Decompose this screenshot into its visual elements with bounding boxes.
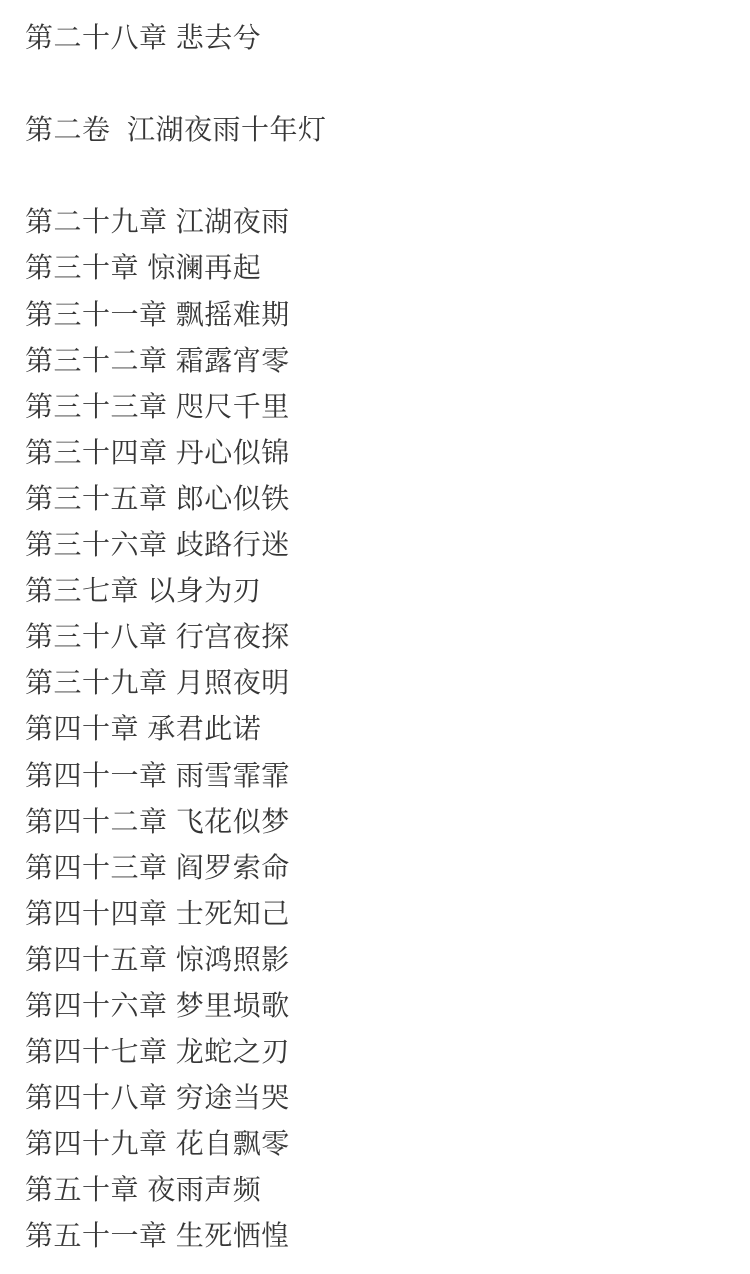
chapter-line: 第四十七章 龙蛇之刃 (25, 1029, 730, 1075)
chapter-line: 第四十八章 穷途当哭 (25, 1075, 730, 1121)
blank-line (25, 153, 730, 199)
chapter-line: 第四十一章 雨雪霏霏 (25, 753, 730, 799)
chapter-line: 第四十九章 花自飘零 (25, 1121, 730, 1167)
chapter-line: 第三十九章 月照夜明 (25, 660, 730, 706)
chapter-line: 第四十四章 士死知己 (25, 891, 730, 937)
chapter-line: 第五十一章 生死恓惶 (25, 1213, 730, 1259)
chapter-line: 第二十九章 江湖夜雨 (25, 199, 730, 245)
chapter-line: 第三十五章 郎心似铁 (25, 476, 730, 522)
chapter-line: 第四十五章 惊鸿照影 (25, 937, 730, 983)
chapter-line: 第三十八章 行宫夜探 (25, 614, 730, 660)
chapter-line: 第三十一章 飘摇难期 (25, 292, 730, 338)
chapter-line: 第三七章 以身为刃 (25, 568, 730, 614)
chapter-line: 第三十章 惊澜再起 (25, 245, 730, 291)
chapter-line: 第二十八章 悲去兮 (25, 15, 730, 61)
chapter-line: 第五十章 夜雨声频 (25, 1167, 730, 1213)
volume-heading: 第二卷 江湖夜雨十年灯 (25, 107, 730, 153)
chapter-line: 第四十三章 阎罗索命 (25, 845, 730, 891)
chapter-line: 第三十三章 咫尺千里 (25, 384, 730, 430)
table-of-contents: 第二十八章 悲去兮 第二卷 江湖夜雨十年灯 第二十九章 江湖夜雨 第三十章 惊澜… (0, 0, 750, 1260)
chapter-line: 第三十二章 霜露宵零 (25, 338, 730, 384)
blank-line (25, 61, 730, 107)
chapter-line: 第四十二章 飞花似梦 (25, 799, 730, 845)
chapter-line: 第三十六章 歧路行迷 (25, 522, 730, 568)
chapter-line: 第三十四章 丹心似锦 (25, 430, 730, 476)
chapter-line: 第四十六章 梦里埙歌 (25, 983, 730, 1029)
chapter-line: 第四十章 承君此诺 (25, 706, 730, 752)
